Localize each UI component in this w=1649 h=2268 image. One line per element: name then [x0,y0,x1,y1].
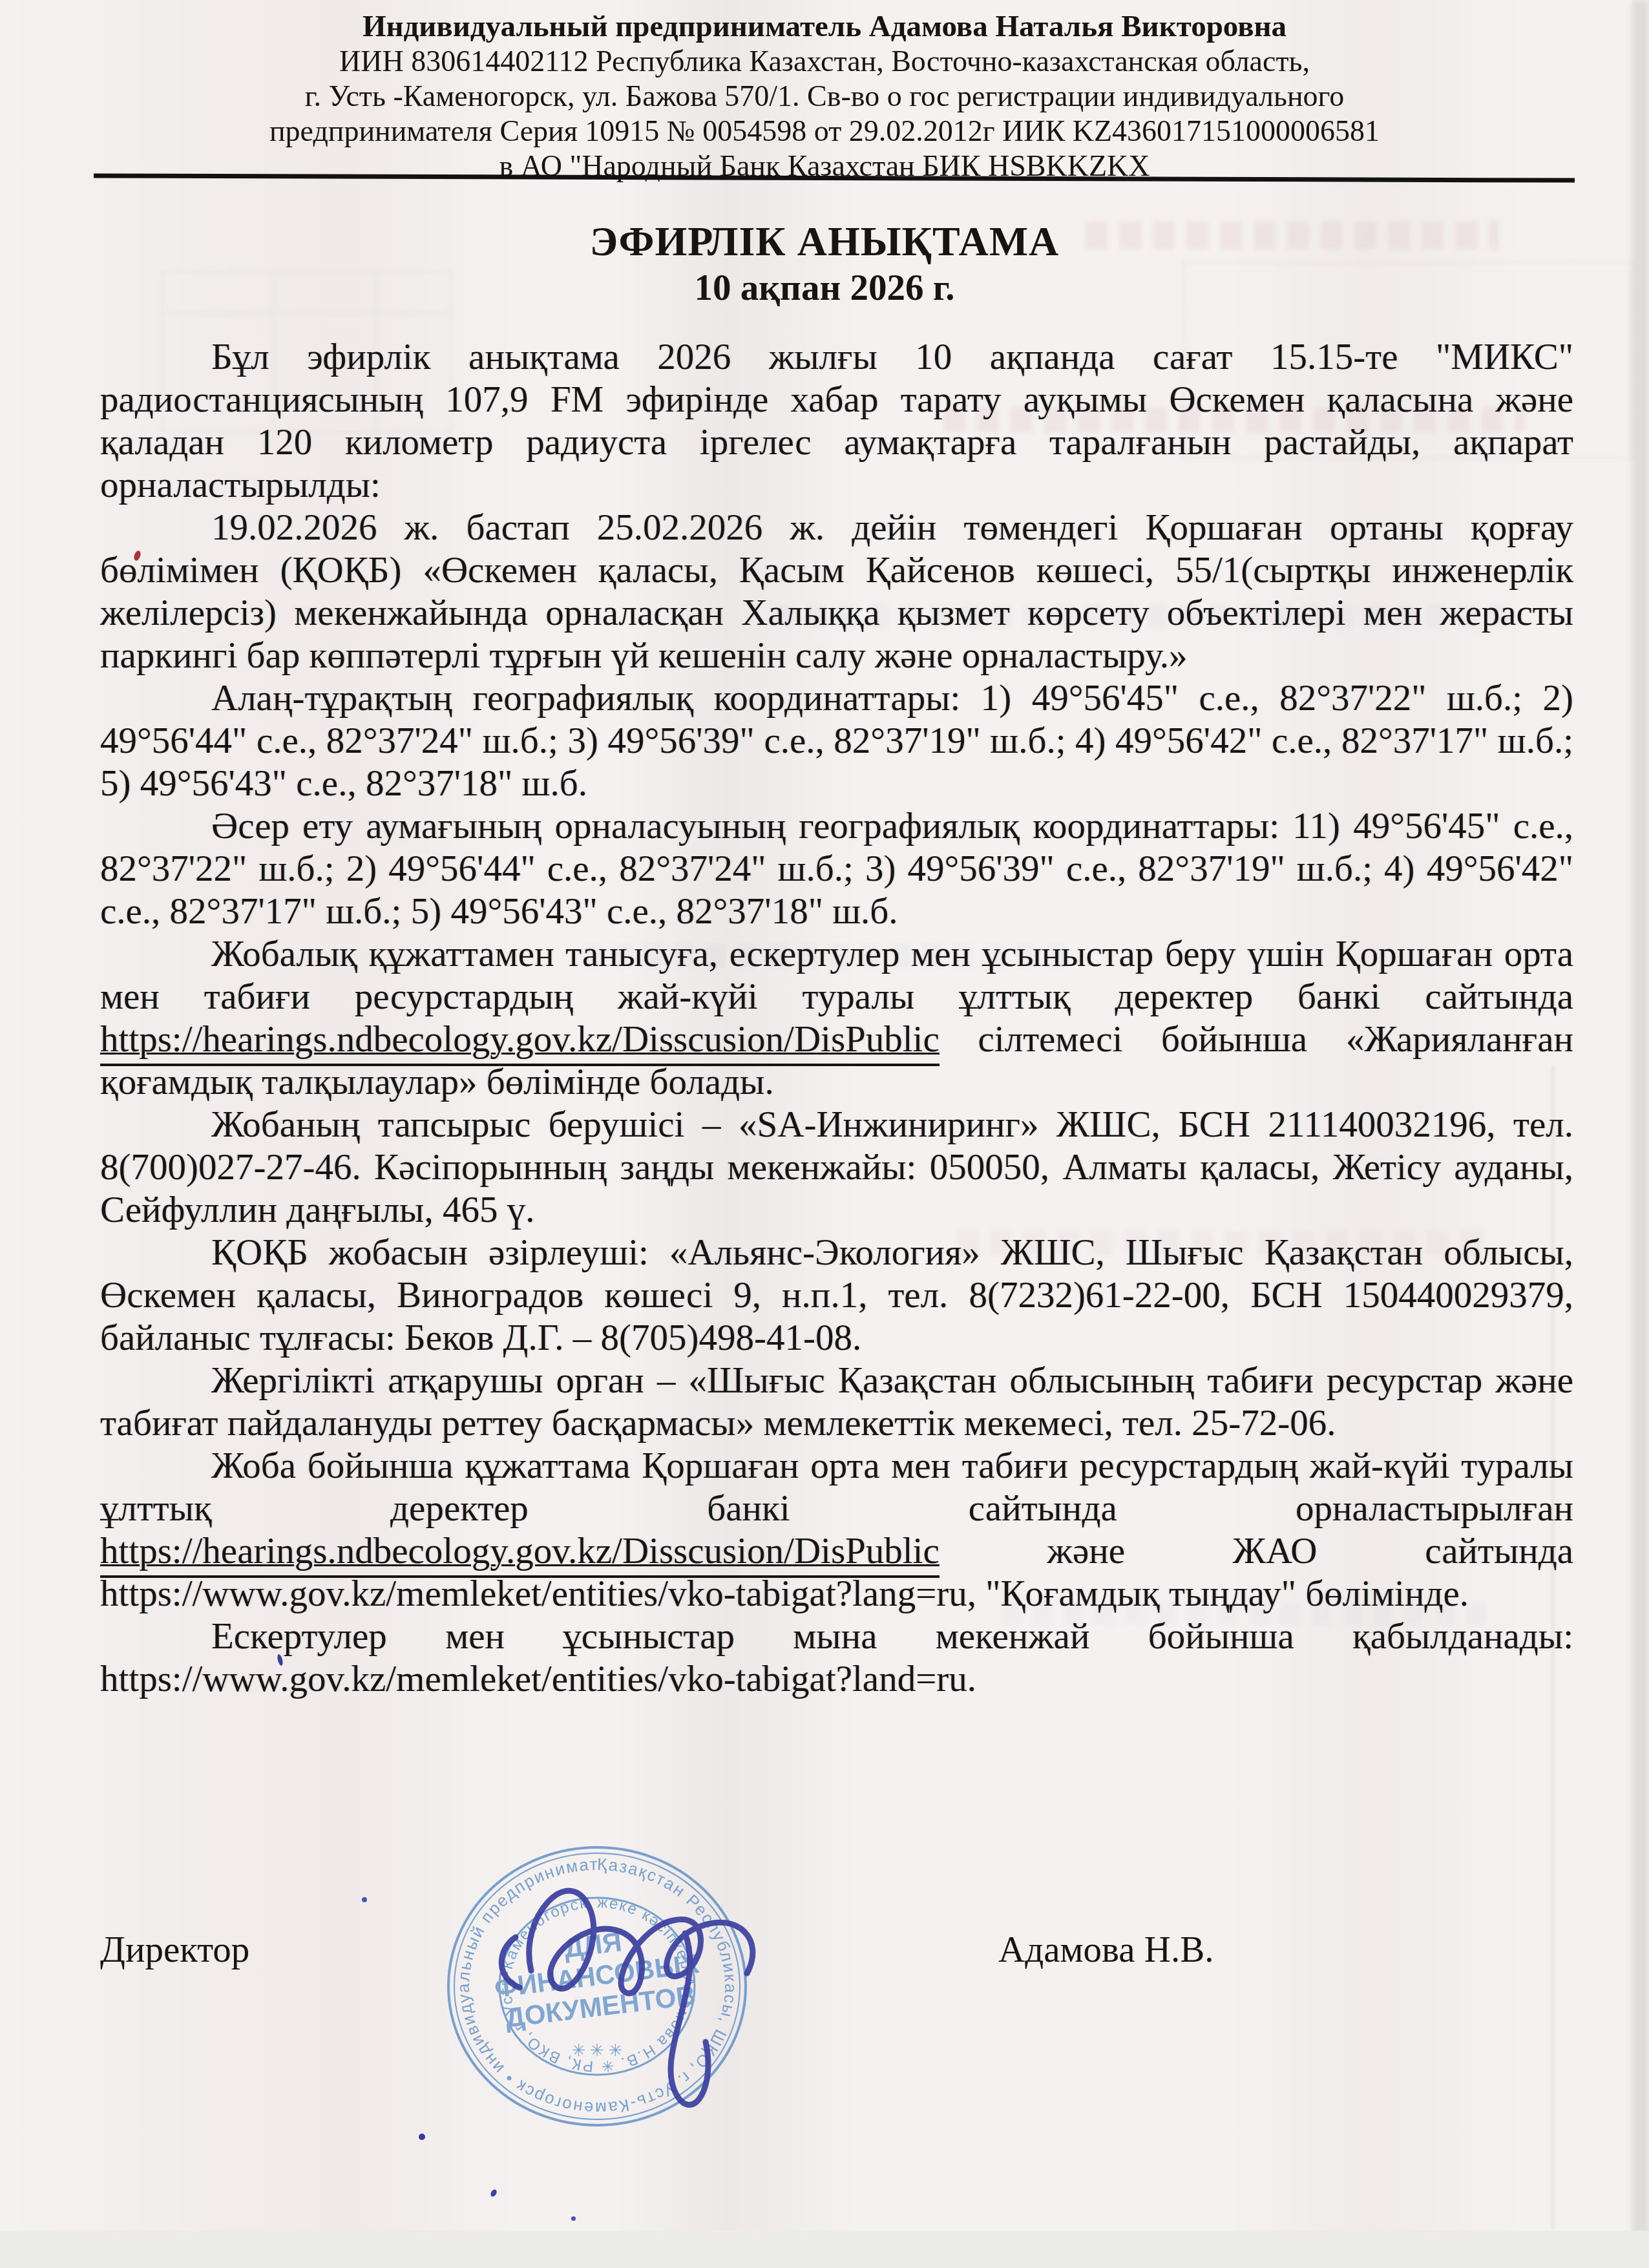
paragraph: Жергілікті атқарушы орган – «Шығыс Қазақ… [100,1360,1573,1445]
signature-row: Директор Адамова Н.В. [100,1929,1573,1971]
paragraph: Алаң-тұрақтың географиялық координаттары… [100,677,1573,805]
letterhead-line: ИИН 830614402112 Республика Казахстан, В… [88,44,1561,79]
ink-speck [419,2134,425,2140]
signatory-role: Директор [100,1929,249,1970]
signatory-name: Адамова Н.В. [998,1929,1213,1971]
paragraph: ҚОҚБ жобасын әзірлеуші: «Альянс-Экология… [100,1232,1573,1360]
handwritten-signature [491,1835,814,2145]
scanner-bed-band [0,2231,1649,2268]
paragraph: 19.02.2026 ж. бастап 25.02.2026 ж. дейін… [100,507,1573,677]
underlined-url-text: https://hearings.ndbecology.gov.kz/Dissc… [100,1531,940,1578]
paragraph: Жобаның тапсырыс берушісі – «SA-Инжинири… [100,1104,1573,1232]
ink-speck [490,2189,498,2198]
paragraph-text: Бұл эфирлік анықтама 2026 жылғы 10 ақпан… [100,337,1573,505]
letterhead: Индивидуальный предприниматель Адамова Н… [88,9,1561,184]
paper-fold-line [1552,1066,1554,2229]
ink-speck [362,1897,367,1902]
paragraph: Жоба бойынша құжаттама Қоршаған орта мен… [100,1445,1573,1615]
document-body: Бұл эфирлік анықтама 2026 жылғы 10 ақпан… [100,336,1573,1701]
paragraph: Ескертулер мен ұсыныстар мына мекенжай б… [100,1615,1573,1701]
paragraph-text: Ескертулер мен ұсыныстар мына мекенжай б… [100,1616,1573,1699]
letterhead-line: г. Усть -Каменогорск, ул. Бажова 570/1. … [88,79,1561,114]
paragraph-text: Әсер ету аумағының орналасуының географи… [100,806,1573,932]
paragraph-text: Алаң-тұрақтың географиялық координаттары… [100,678,1573,804]
underlined-url-text: https://hearings.ndbecology.gov.kz/Dissc… [100,1019,940,1066]
document-date: 10 ақпан 2026 г. [88,265,1561,311]
letterhead-owner-line: Индивидуальный предприниматель Адамова Н… [88,9,1561,44]
paragraph-text: Жобаның тапсырыс берушісі – «SA-Инжинири… [100,1104,1573,1230]
scanned-document-page: Индивидуальный предприниматель Адамова Н… [0,0,1649,2268]
paragraph: Жобалық құжаттамен танысуға, ескертулер … [100,933,1573,1104]
paragraph-text: ҚОҚБ жобасын әзірлеуші: «Альянс-Экология… [100,1232,1573,1358]
letterhead-line: предпринимателя Серия 10915 № 0054598 от… [88,114,1561,149]
paragraph-text: Жергілікті атқарушы орган – «Шығыс Қазақ… [100,1360,1573,1444]
paragraph-text: Жоба бойынша құжаттама Қоршаған орта мен… [100,1445,1573,1529]
paragraph: Әсер ету аумағының орналасуының географи… [100,805,1573,933]
paragraph: Бұл эфирлік анықтама 2026 жылғы 10 ақпан… [100,336,1573,507]
document-title: ЭФИРЛІК АНЫҚТАМА [88,218,1561,265]
ink-speck [571,2216,576,2221]
paragraph-text: Жобалық құжаттамен танысуға, ескертулер … [100,934,1573,1017]
paragraph-text: 19.02.2026 ж. бастап 25.02.2026 ж. дейін… [100,507,1573,676]
scan-edge-shadow [1632,0,1649,2268]
